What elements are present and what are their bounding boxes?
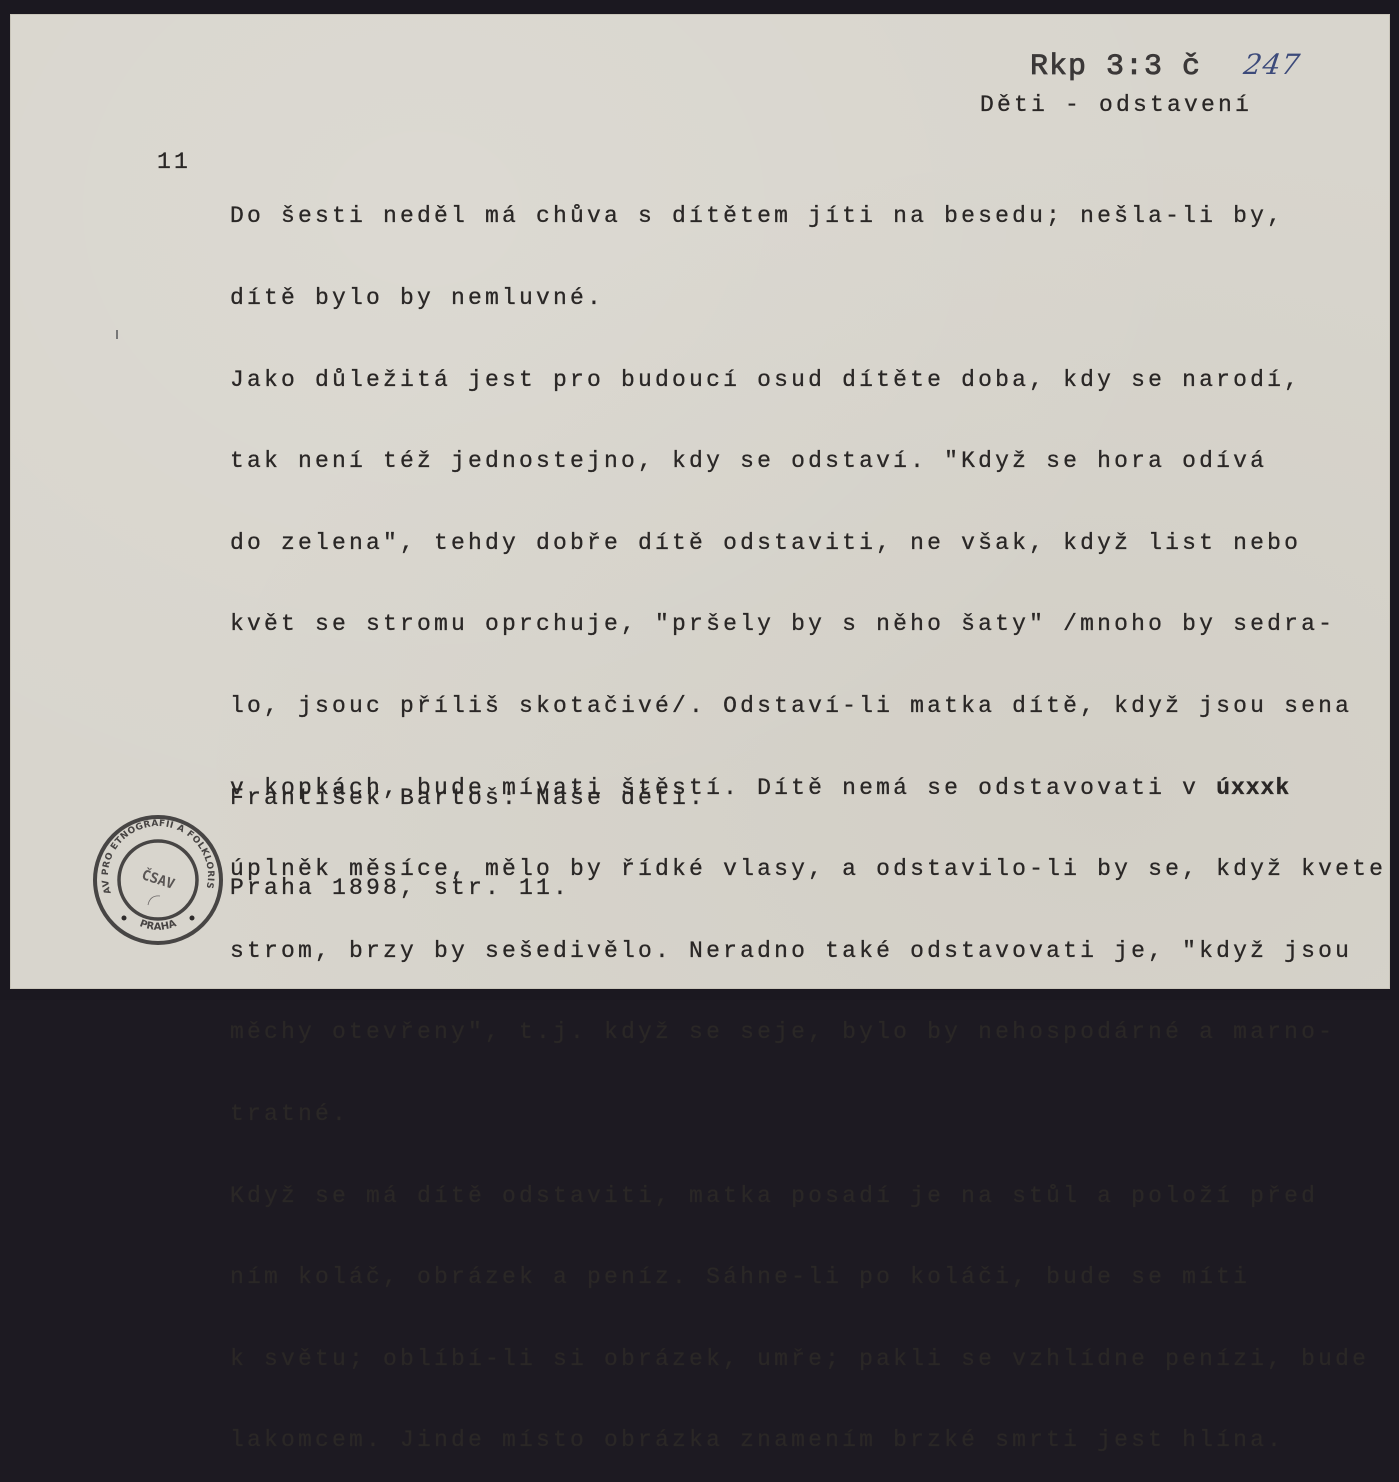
body-line: Do šesti neděl má chůva s dítětem jíti n… — [230, 203, 1386, 230]
citation-place-year: Praha 1898, str. 11. — [230, 873, 706, 903]
svg-text:ČSAV: ČSAV — [139, 865, 177, 893]
citation-author-title: František Bartoš: Naše děti. — [230, 783, 706, 813]
subject-heading: Děti - odstavení — [980, 92, 1252, 118]
folio-number-handwritten: 247 — [1242, 48, 1303, 81]
body-line: do zelena", tehdy dobře dítě odstaviti, … — [230, 530, 1386, 557]
struck-out-text: úxxxk — [1216, 775, 1290, 801]
body-line: strom, brzy by sešedivělo. Neradno také … — [230, 938, 1386, 965]
body-line: lo, jsouc příliš skotačivé/. Odstaví-li … — [230, 693, 1386, 720]
institution-stamp: ÚSTAV PRO ETNOGRAFII A FOLKLORISTIKU PRA… — [88, 810, 228, 950]
body-line: tak není též jednostejno, kdy se odstaví… — [230, 448, 1386, 475]
stray-ink-mark — [116, 330, 118, 339]
stamp-icon: ÚSTAV PRO ETNOGRAFII A FOLKLORISTIKU PRA… — [88, 810, 228, 950]
body-line: květ se stromu oprchuje, "pršely by s ně… — [230, 611, 1386, 638]
shelfmark: Rkp 3:3 č — [1030, 50, 1201, 84]
source-citation: František Bartoš: Naše děti. Praha 1898,… — [230, 723, 706, 933]
entry-number: 11 — [157, 149, 191, 175]
body-line: dítě bylo by nemluvné. — [230, 285, 1386, 312]
body-line: Jako důležitá jest pro budoucí osud dítě… — [230, 367, 1386, 394]
